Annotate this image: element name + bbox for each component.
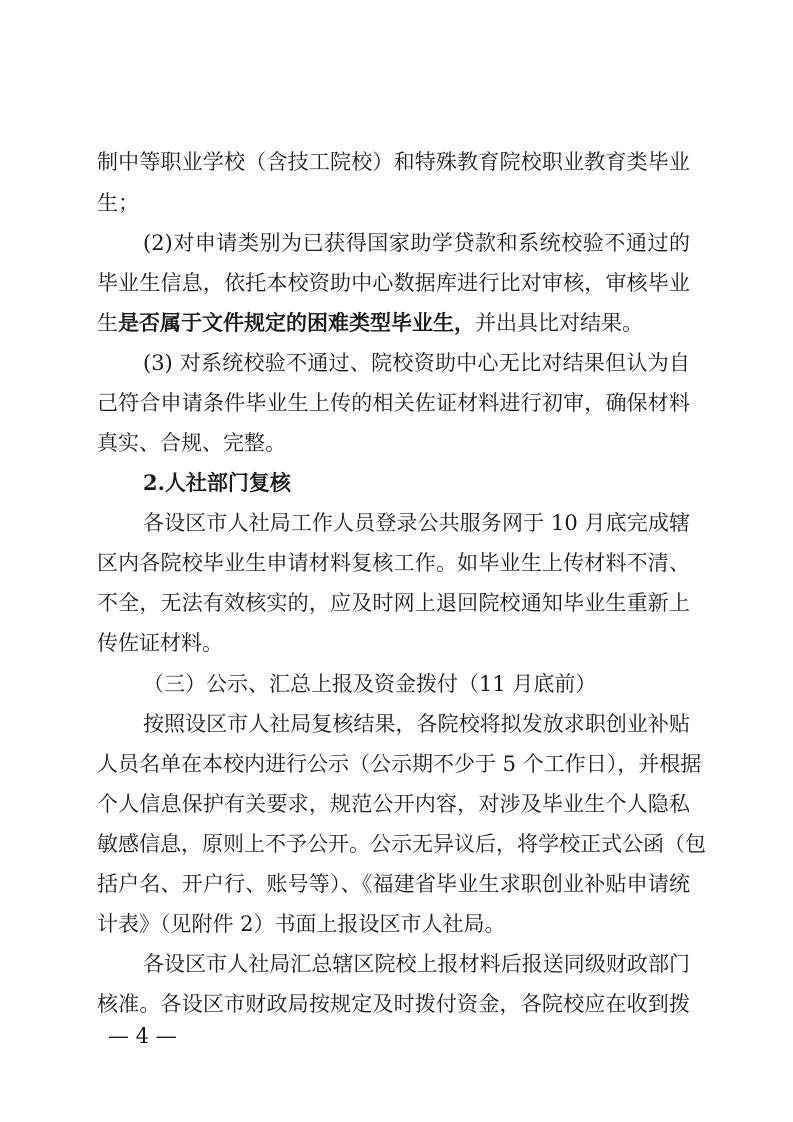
text-line: 生；	[97, 188, 690, 218]
text-run: 并出具比对结果。	[475, 311, 643, 335]
text-line: (3) 对系统校验不通过、院校资助中心无比对结果但认为自	[143, 348, 690, 378]
page-number: — 4 —	[108, 1021, 177, 1051]
text-line: 括户名、开户行、账号等）、《福建省毕业生求职创业补贴申请统	[97, 869, 690, 899]
text-run: 生	[97, 311, 118, 335]
text-line: 各设区市人社局汇总辖区院校上报材料后报送同级财政部门	[143, 949, 690, 979]
text-line: 核准。各设区市财政局按规定及时拨付资金，各院校应在收到拨	[97, 989, 690, 1019]
text-line: 人员名单在本校内进行公示（公示期不少于 5 个工作日），并根据	[97, 749, 690, 779]
section-heading: 2.人社部门复核	[143, 468, 690, 498]
section-heading: （三）公示、汇总上报及资金拨付（11 月底前）	[143, 669, 690, 699]
text-line: 真实、合规、完整。	[97, 428, 690, 458]
text-line: 各设区市人社局工作人员登录公共服务网于 10 月底完成辖	[143, 508, 690, 538]
text-line: 传佐证材料。	[97, 628, 690, 658]
text-line: 己符合申请条件毕业生上传的相关佐证材料进行初审，确保材料	[97, 388, 690, 418]
text-line: 毕业生信息，依托本校资助中心数据库进行比对审核，审核毕业	[97, 268, 690, 298]
text-line-emphasis: 生是否属于文件规定的困难类型毕业生，并出具比对结果。	[97, 308, 690, 338]
text-line: 计表》（见附件 2）书面上报设区市人社局。	[97, 909, 690, 939]
bold-emphasis: 是否属于文件规定的困难类型毕业生，	[118, 310, 475, 335]
text-line: 敏感信息，原则上不予公开。公示无异议后，将学校正式公函（包	[97, 829, 690, 859]
text-line: 不全，无法有效核实的，应及时网上退回院校通知毕业生重新上	[97, 588, 690, 618]
text-line: 个人信息保护有关要求，规范公开内容，对涉及毕业生个人隐私	[97, 789, 690, 819]
document-page: 制中等职业学校（含技工院校）和特殊教育院校职业教育类毕业 生； (2)对申请类别…	[0, 0, 793, 1122]
text-line: 区内各院校毕业生申请材料复核工作。如毕业生上传材料不清、	[97, 548, 690, 578]
text-line: 按照设区市人社局复核结果，各院校将拟发放求职创业补贴	[143, 709, 690, 739]
text-line: 制中等职业学校（含技工院校）和特殊教育院校职业教育类毕业	[97, 147, 690, 177]
text-line: (2)对申请类别为已获得国家助学贷款和系统校验不通过的	[143, 228, 690, 258]
